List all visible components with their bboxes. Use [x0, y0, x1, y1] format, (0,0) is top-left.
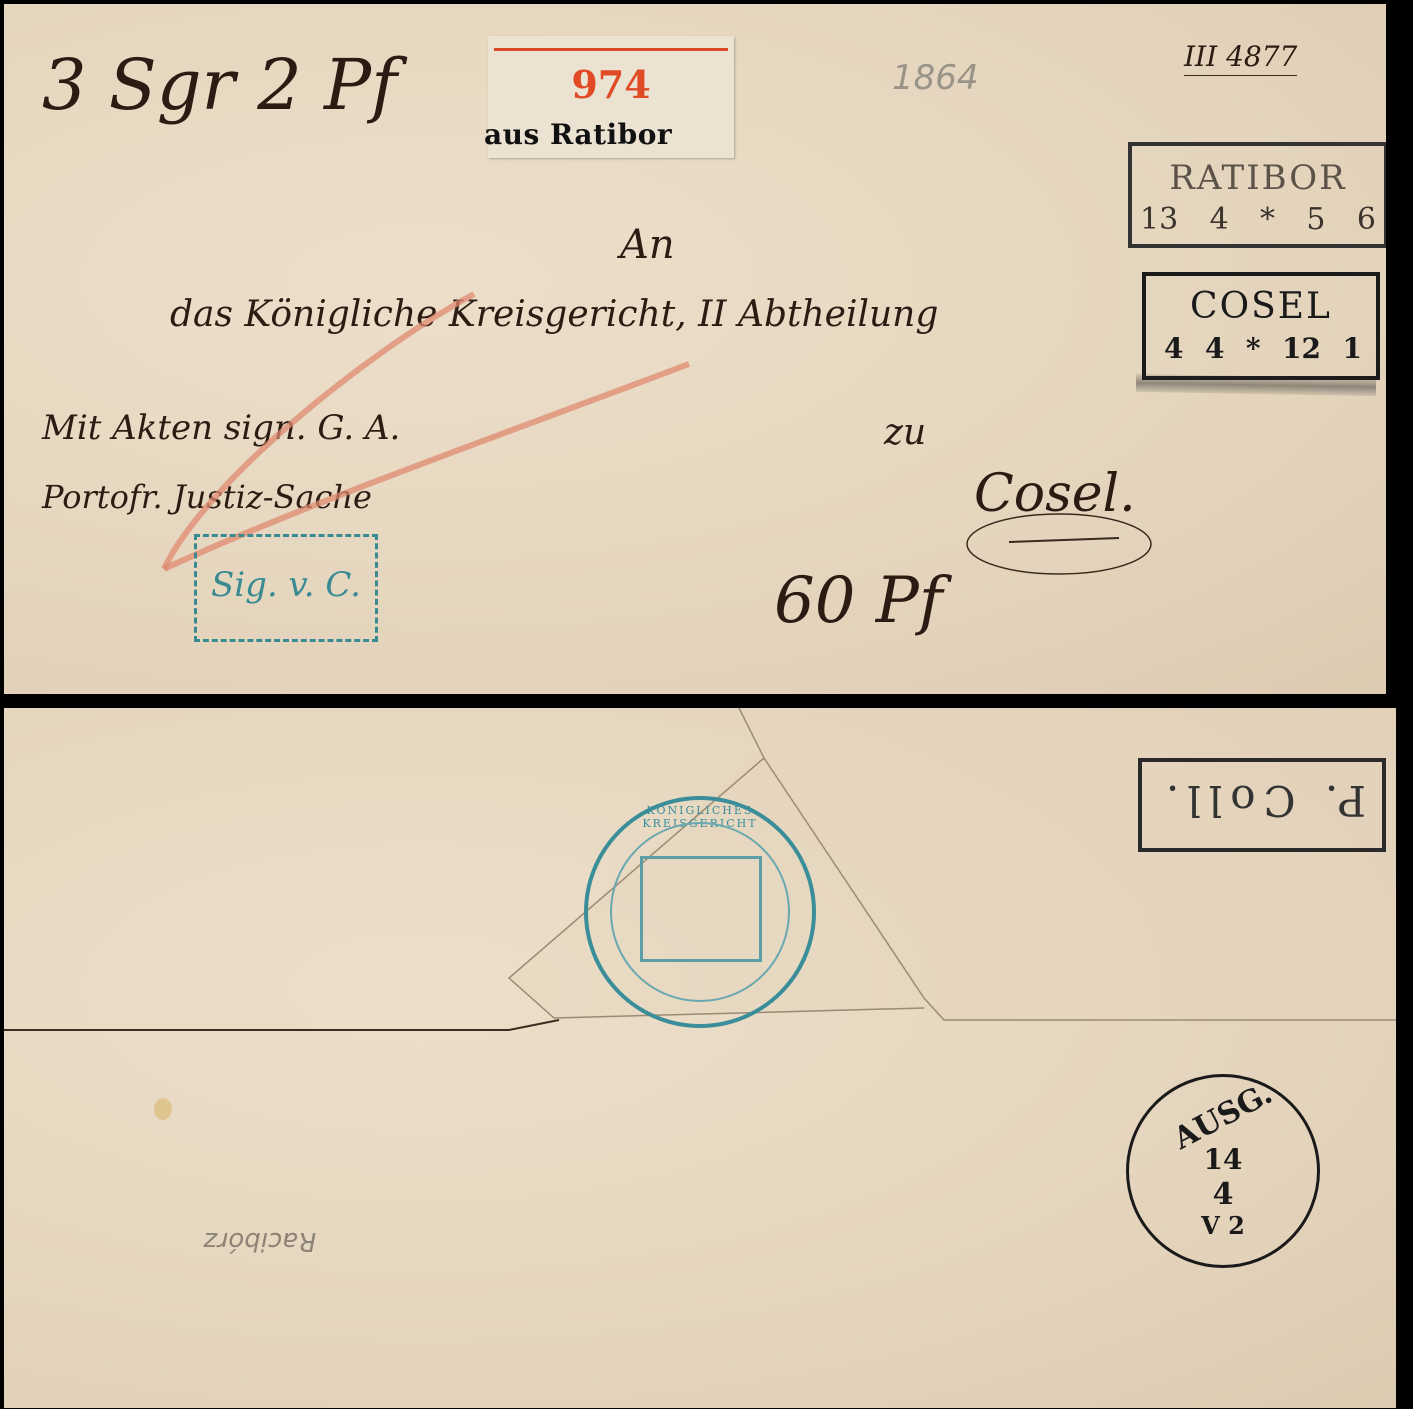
p-coll-handstamp: P. Coll.: [1138, 758, 1386, 852]
blue-box-handstamp: Sig. v. C.: [194, 534, 378, 642]
address-greeting: An: [620, 222, 675, 268]
envelope-back: KÖNIGLICHES KREISGERICHT P. Coll. AUSG. …: [4, 708, 1396, 1408]
registration-origin: aus Ratibor: [484, 118, 672, 151]
cosel-day: 4: [1164, 332, 1183, 365]
reference-number: III 4877: [1184, 40, 1297, 76]
cosel-town: COSEL: [1146, 286, 1376, 327]
cosel-date: 4 4 * 12 1: [1164, 332, 1362, 365]
cosel-suffix: 1: [1342, 332, 1361, 365]
ratibor-month: 4: [1210, 202, 1229, 237]
amount-handwriting: 60 Pf: [774, 564, 943, 638]
ausg-day: 14: [1129, 1143, 1317, 1176]
ratibor-day: 13: [1140, 202, 1178, 237]
ratibor-hour-a: 5: [1306, 202, 1325, 237]
ausgabe-postmark: AUSG. 14 4 V 2: [1126, 1074, 1320, 1268]
ratibor-town: RATIBOR: [1132, 158, 1384, 198]
registration-number: 974: [488, 62, 734, 107]
court-seal: KÖNIGLICHES KREISGERICHT: [584, 796, 816, 1028]
pencil-note: Racibórz: [204, 1226, 316, 1256]
year-pencil-note: 1864: [892, 58, 979, 98]
ausg-time: V 2: [1129, 1211, 1317, 1240]
ratibor-star: *: [1260, 202, 1275, 237]
address-zu: zu: [884, 412, 926, 453]
blue-box-text: Sig. v. C.: [197, 565, 375, 605]
p-coll-text: P. Coll.: [1142, 776, 1382, 825]
label-red-rule: [494, 48, 728, 51]
ratibor-hour-b: 6: [1357, 202, 1376, 237]
ratibor-date: 13 4 * 5 6: [1140, 202, 1376, 237]
postage-handwriting: 3 Sgr 2 Pf: [42, 44, 397, 126]
cosel-hour: 12: [1282, 332, 1321, 365]
cosel-star: *: [1246, 332, 1261, 365]
ratibor-postmark: RATIBOR 13 4 * 5 6: [1128, 142, 1386, 248]
coat-of-arms-icon: [640, 856, 762, 962]
cosel-month: 4: [1205, 332, 1224, 365]
city-flourish: [959, 502, 1159, 582]
registration-label: 974 aus Ratibor: [488, 36, 734, 158]
foxing-spot: [154, 1098, 172, 1120]
envelope-front: 3 Sgr 2 Pf 974 aus Ratibor 1864 III 4877…: [4, 4, 1386, 694]
ink-smudge: [1136, 374, 1376, 396]
ausg-month: 4: [1129, 1177, 1317, 1212]
cosel-postmark: COSEL 4 4 * 12 1: [1142, 272, 1380, 380]
